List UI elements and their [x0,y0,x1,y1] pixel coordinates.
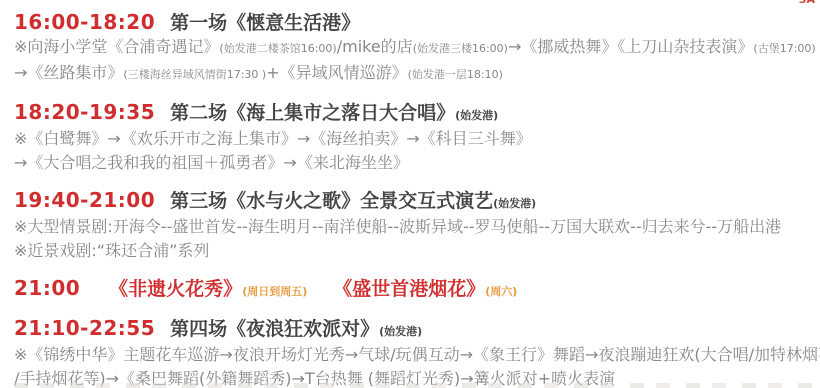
section-fireworks: 21:00《非遗火花秀》(周日到周五)《盛世首港烟花》(周六) [14,277,812,303]
line-segment: →《丝路集市》 [14,63,123,82]
line-segment: ※《锦绣中华》主题花车巡游→夜浪开场灯光秀→气球/玩偶互动→《象王行》舞蹈→夜浪… [14,345,820,364]
venue-note: (始发港) [379,325,422,338]
line-segment: ※大型情景剧:开海令--盛世首发--海生明月--南洋使船--波斯异域--罗马使船… [14,217,781,236]
schedule-line: ※大型情景剧:开海令--盛世首发--海生明月--南洋使船--波斯异域--罗马使船… [14,215,812,239]
section-title: 第一场《惬意生活港》 [170,12,360,34]
section-time: 18:20-19:35 [14,100,155,124]
line-segment: →《挪威热舞》《上刀山杂技表演》 [508,37,753,56]
line-segment: /mike的店 [337,37,413,56]
line-annotation: (始发港三楼16:00) [413,42,508,55]
line-segment: →《大合唱之我和我的祖国＋孤勇者》→《来北海坐坐》 [14,153,409,172]
section-show-4: 21:10-22:55第四场《夜浪狂欢派对》(始发港) ※《锦绣中华》主题花车巡… [14,317,812,388]
schedule-line: ※《白鹭舞》→《欢乐开市之海上集市》→《海丝拍卖》→《科目三斗舞》 [14,127,812,151]
section-title: 第三场《水与火之歌》全景交互式演艺 [170,190,493,212]
section-title: 第四场《夜浪狂欢派对》 [170,318,379,340]
line-annotation: (始发港一层18:10) [408,68,503,81]
line-annotation: (始发港二楼茶馆16:00) [219,42,336,55]
section-time: 21:00 [14,276,80,300]
schedule-line: ※向海小学堂《合浦奇遇记》(始发港二楼茶馆16:00)/mike的店(始发港三楼… [14,35,812,61]
schedule-page: 16:00-18:20第一场《惬意生活港》 ※向海小学堂《合浦奇遇记》(始发港二… [0,0,820,388]
schedule-line: →《丝路集市》(三楼海丝异域风情街17:30 )+《异域风情巡游》(始发港一层1… [14,61,812,87]
section-heading: 19:40-21:00第三场《水与火之歌》全景交互式演艺(始发港) [14,189,812,215]
line-annotation: (古堡17:00) [753,42,815,55]
section-heading: 16:00-18:20第一场《惬意生活港》 [14,11,812,35]
schedule-line: →《大合唱之我和我的祖国＋孤勇者》→《来北海坐坐》 [14,151,812,175]
cutoff-corner-text: 3A [799,0,815,6]
line-annotation: (三楼海丝异域风情街17:30 ) [123,68,266,81]
section-heading: 21:10-22:55第四场《夜浪狂欢派对》(始发港) [14,317,812,343]
section-time: 19:40-21:00 [14,188,155,212]
fireworks-days-note: (周六) [485,285,517,298]
section-title: 第二场《海上集市之落日大合唱》 [170,102,455,124]
venue-note: (始发港) [493,197,536,210]
fireworks-show-title: 《盛世首港烟花》 [333,278,485,300]
section-heading: 18:20-19:35第二场《海上集市之落日大合唱》(始发港) [14,101,812,127]
line-segment: ※《白鹭舞》→《欢乐开市之海上集市》→《海丝拍卖》→《科目三斗舞》 [14,129,532,148]
schedule-line: ※近景戏剧:“珠还合浦”系列 [14,239,812,263]
section-show-2: 18:20-19:35第二场《海上集市之落日大合唱》(始发港) ※《白鹭舞》→《… [14,101,812,175]
schedule-line: ※《锦绣中华》主题花车巡游→夜浪开场灯光秀→气球/玩偶互动→《象王行》舞蹈→夜浪… [14,343,812,367]
section-time: 21:10-22:55 [14,316,155,340]
section-show-3: 19:40-21:00第三场《水与火之歌》全景交互式演艺(始发港) ※大型情景剧… [14,189,812,263]
section-show-1: 16:00-18:20第一场《惬意生活港》 ※向海小学堂《合浦奇遇记》(始发港二… [14,11,812,87]
cutoff-bottom-row [14,383,812,388]
fireworks-days-note: (周日到周五) [242,285,307,298]
line-segment: ※近景戏剧:“珠还合浦”系列 [14,241,209,260]
line-segment: +《异域风情巡游》 [266,63,407,82]
venue-note: (始发港) [455,109,498,122]
fireworks-show-title: 《非遗火花秀》 [109,278,242,300]
section-heading: 21:00《非遗火花秀》(周日到周五)《盛世首港烟花》(周六) [14,277,812,303]
line-segment: ※向海小学堂《合浦奇遇记》 [14,37,219,56]
section-time: 16:00-18:20 [14,10,155,34]
